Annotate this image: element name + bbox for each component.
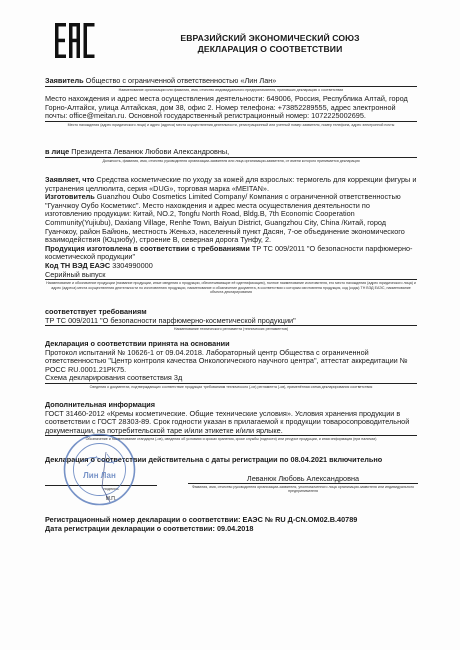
applicant-label: Заявитель bbox=[45, 76, 84, 85]
representative-line: в лице Президента Леванюк Любови Алексан… bbox=[45, 148, 417, 158]
document-title: ЕВРАЗИЙСКИЙ ЭКОНОМИЧЕСКИЙ СОЮЗ ДЕКЛАРАЦИ… bbox=[140, 33, 400, 55]
representative-caption: Должность, фамилия, имя, отчество руково… bbox=[45, 158, 417, 163]
representative-value: Президента Леванюк Любови Александровны, bbox=[71, 147, 229, 156]
registration-section: Регистрационный номер декларации о соотв… bbox=[45, 516, 417, 533]
applicant-value: Общество с ограниченной ответственностью… bbox=[86, 76, 277, 85]
release-type: Серийный выпуск bbox=[45, 271, 417, 281]
basis-value: Протокол испытаний № 10626-1 от 09.04.20… bbox=[45, 349, 417, 375]
representative-section: в лице Президента Леванюк Любови Алексан… bbox=[45, 148, 417, 163]
manufacturer: Изготовитель Guanzhou Oubo Cosmetics Lim… bbox=[45, 193, 417, 245]
basis-section: Декларация о соответствии принята на осн… bbox=[45, 340, 417, 389]
applicant-address: Место нахождения и адрес места осуществл… bbox=[45, 95, 417, 121]
applicant-section: Заявитель Общество с ограниченной ответс… bbox=[45, 77, 417, 127]
hs-code-value: 3304990000 bbox=[112, 261, 153, 270]
eac-logo-icon bbox=[55, 23, 95, 58]
basis-scheme: Схема декларирования соответствия 3д bbox=[45, 374, 417, 384]
manufacturer-value: Guanzhou Oubo Cosmetics Limited Company/… bbox=[45, 192, 405, 244]
produced-per: Продукция изготовлена в соответствии с т… bbox=[45, 245, 417, 262]
registration-date-value: 09.04.2018 bbox=[217, 524, 254, 533]
registration-date: Дата регистрации декларации о соответств… bbox=[45, 525, 417, 534]
title-union: ЕВРАЗИЙСКИЙ ЭКОНОМИЧЕСКИЙ СОЮЗ bbox=[140, 33, 400, 44]
signer-name: Леванюк Любовь Александровна bbox=[188, 474, 418, 484]
declaration-document: ЕВРАЗИЙСКИЙ ЭКОНОМИЧЕСКИЙ СОЮЗ ДЕКЛАРАЦИ… bbox=[0, 0, 460, 650]
declaration-statement: Заявляет, что Средства косметические по … bbox=[45, 176, 417, 193]
declaration-section: Заявляет, что Средства косметические по … bbox=[45, 176, 417, 294]
signer-caption: Фамилия, имя, отчество руководителя орга… bbox=[188, 484, 418, 494]
hs-code-label: Код ТН ВЭД ЕАЭС bbox=[45, 261, 110, 270]
company-stamp-icon: Лин Лан bbox=[62, 432, 137, 507]
basis-caption: Сведения о документах, подтверждающих со… bbox=[45, 384, 417, 389]
compliance-value: ТР ТС 009/2011 "О безопасности парфюмерн… bbox=[45, 317, 417, 327]
compliance-caption: Наименование технического регламента (те… bbox=[45, 326, 417, 331]
representative-label: в лице bbox=[45, 147, 69, 156]
declaration-value: Средства косметические по уходу за кожей… bbox=[45, 175, 416, 193]
applicant-caption: Наименование организации или фамилия, им… bbox=[45, 87, 417, 92]
compliance-section: соответствует требованиям ТР ТС 009/2011… bbox=[45, 308, 417, 332]
title-declaration: ДЕКЛАРАЦИЯ О СООТВЕТСТВИИ bbox=[140, 44, 400, 55]
applicant-address-caption: Место нахождения (адрес юридического лиц… bbox=[45, 121, 417, 127]
stamp-text: Лин Лан bbox=[83, 471, 116, 480]
signer-block: Леванюк Любовь Александровна Фамилия, им… bbox=[188, 474, 418, 494]
declaration-caption: Наименование и обозначение продукции (на… bbox=[45, 280, 417, 294]
applicant-line: Заявитель Общество с ограниченной ответс… bbox=[45, 77, 417, 87]
registration-date-label: Дата регистрации декларации о соответств… bbox=[45, 524, 215, 533]
registration-number-value: ЕАЭС № RU Д-CN.ОМ02.В.40789 bbox=[242, 515, 357, 524]
